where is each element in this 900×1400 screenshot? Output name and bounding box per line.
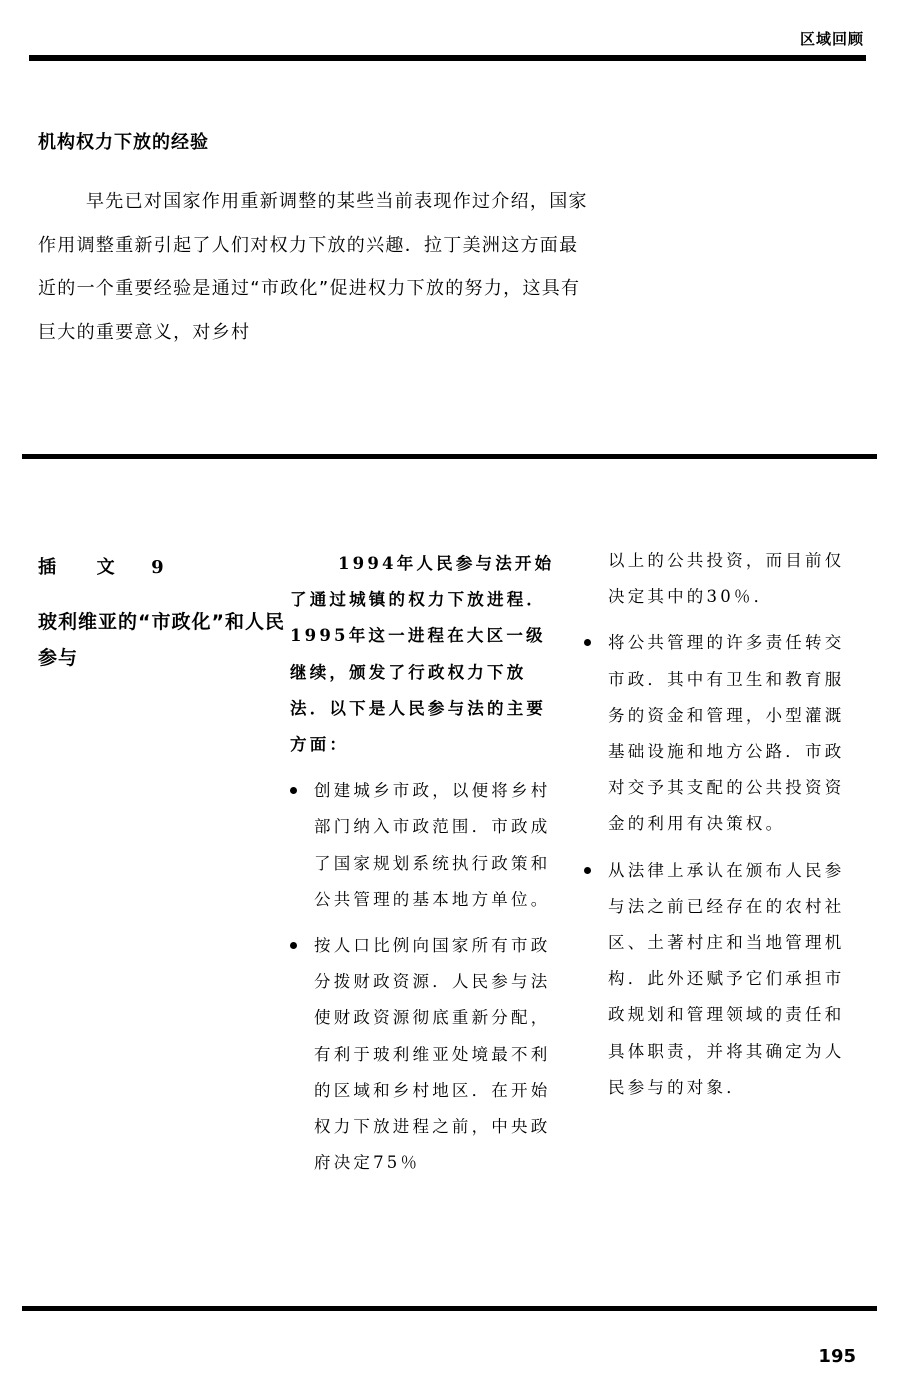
intro-paragraph: 早先已对国家作用重新调整的某些当前表现作过介绍，国家作用调整重新引起了人们对权力… xyxy=(38,180,588,354)
section-title: 机构权力下放的经验 xyxy=(38,128,209,154)
bullet-text: 按人口比例向国家所有市政分拨财政资源．人民参与法使财政资源彻底重新分配，有利于玻… xyxy=(314,936,550,1172)
box-label-word2: 文 xyxy=(97,553,115,579)
box-label: 插 文 9 xyxy=(38,553,164,579)
top-rule xyxy=(29,55,866,61)
box-top-rule xyxy=(22,454,877,459)
box-title: 玻利维亚的“市政化”和人民参与 xyxy=(38,604,288,676)
box-lead-paragraph: 1994年人民参与法开始了通过城镇的权力下放进程．1995年这一进程在大区一级继… xyxy=(290,546,555,763)
bullet-text: 将公共管理的许多责任转交市政．其中有卫生和教育服务的资金和管理，小型灌溉基础设施… xyxy=(608,633,844,833)
bullet-icon xyxy=(584,639,591,646)
bullet-icon xyxy=(290,942,297,949)
bullet-text: 从法律上承认在颁布人民参与法之前已经存在的农村社区、土著村庄和当地管理机构．此外… xyxy=(608,861,844,1097)
bullet-item: 将公共管理的许多责任转交市政．其中有卫生和教育服务的资金和管理，小型灌溉基础设施… xyxy=(584,625,864,842)
page-number: 195 xyxy=(818,1346,856,1367)
bullet-list-col3: 将公共管理的许多责任转交市政．其中有卫生和教育服务的资金和管理，小型灌溉基础设施… xyxy=(584,625,864,1106)
bullet-icon xyxy=(584,867,591,874)
box-label-word1: 插 xyxy=(38,553,56,579)
bullet-item: 从法律上承认在颁布人民参与法之前已经存在的农村社区、土著村庄和当地管理机构．此外… xyxy=(584,853,864,1106)
box-column-3: 以上的公共投资，而目前仅决定其中的30％． 将公共管理的许多责任转交市政．其中有… xyxy=(584,543,864,1106)
box-label-number: 9 xyxy=(151,557,164,578)
bullet-icon xyxy=(290,787,297,794)
bullet-text: 创建城乡市政，以便将乡村部门纳入市政范围．市政成了国家规划系统执行政策和公共管理… xyxy=(314,781,550,909)
running-head: 区域回顾 xyxy=(800,28,864,49)
bullet-item: 创建城乡市政，以便将乡村部门纳入市政范围．市政成了国家规划系统执行政策和公共管理… xyxy=(290,773,555,918)
bullet-item: 按人口比例向国家所有市政分拨财政资源．人民参与法使财政资源彻底重新分配，有利于玻… xyxy=(290,928,555,1181)
bullet-list-col2: 创建城乡市政，以便将乡村部门纳入市政范围．市政成了国家规划系统执行政策和公共管理… xyxy=(290,773,555,1181)
box-bottom-rule xyxy=(22,1306,877,1311)
box-column-2: 1994年人民参与法开始了通过城镇的权力下放进程．1995年这一进程在大区一级继… xyxy=(290,546,555,1181)
bullet-continuation: 以上的公共投资，而目前仅决定其中的30％． xyxy=(584,543,864,615)
